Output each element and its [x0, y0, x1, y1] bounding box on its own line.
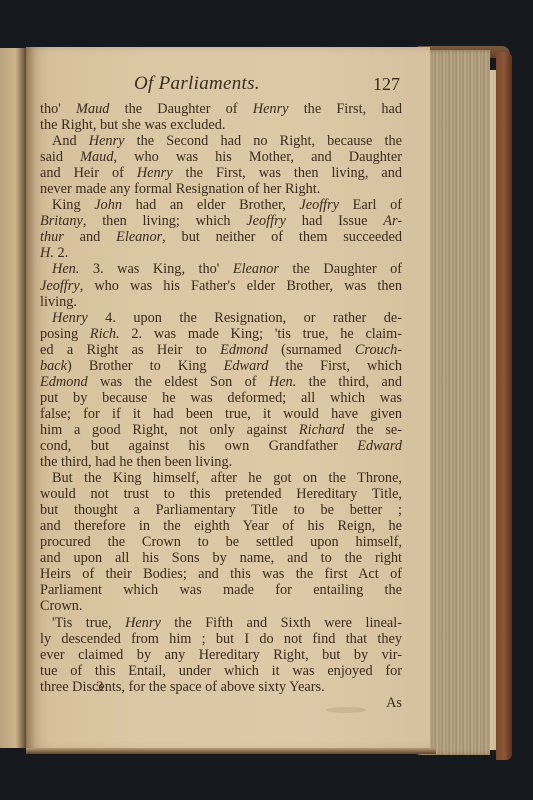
text-line: Hen. 3. was King, tho' Eleanor the Daugh… [40, 261, 402, 277]
text-run: tho' [40, 101, 76, 117]
text-line: but thought a Parliamentary Title to be … [40, 502, 402, 518]
text-run: Heirs of their Bodies; and this was the … [40, 566, 402, 582]
text-run: the First, which [268, 358, 402, 374]
text-run: Earl of [339, 197, 402, 213]
catchword: As [40, 695, 402, 711]
text-line: cond, but against his own Grandfather Ed… [40, 438, 402, 454]
italic-name: Edmond [40, 374, 88, 390]
facing-page-edge [0, 48, 28, 748]
italic-name: Henry [52, 310, 88, 326]
text-run: 2. was made King; 'tis true, he claim- [120, 326, 402, 342]
text-run: posing [40, 326, 90, 342]
running-title: Of Parliaments. [134, 73, 260, 95]
text-run: 'Tis true, [52, 615, 125, 631]
text-run: the Daughter of [109, 101, 252, 117]
text-line: Heirs of their Bodies; and this was the … [40, 566, 402, 582]
signature-mark: 3 [96, 679, 104, 696]
page-bottom-edge [26, 748, 436, 754]
italic-name: Henry [137, 165, 173, 181]
italic-name: Ar- [383, 213, 402, 229]
text-line: Parliament which was made for entailing … [40, 582, 402, 598]
text-run: the First, had [289, 101, 403, 117]
text-line: ly descended from him ; but I do not fin… [40, 631, 402, 647]
italic-name: Jeoffry [246, 213, 286, 229]
italic-name: Jeoffry [40, 278, 80, 294]
paragraph-king-john: King John had an elder Brother, Jeoffry … [40, 197, 402, 261]
italic-name: H. [40, 245, 54, 261]
italic-name: Henry [125, 615, 161, 631]
text-run: the third, had he then been living. [40, 454, 232, 470]
text-line: three Discents, for the space of above s… [40, 679, 402, 695]
text-run: and [64, 229, 116, 245]
text-line: tue of this Entail, under which it was e… [40, 663, 402, 679]
text-run: the Right, but she was excluded. [40, 117, 225, 133]
text-line: and therefore in the eighth Year of his … [40, 518, 402, 534]
paragraph-maud: tho' Maud the Daughter of Henry the Firs… [40, 101, 402, 133]
text-run: ever claimed by any Hereditary Right, bu… [40, 647, 402, 663]
text-run: 4. upon the Resignation, or rather de- [88, 310, 402, 326]
italic-name: Henry [89, 133, 125, 149]
paragraph-parliamentary-title: But the King himself, after he got on th… [40, 470, 402, 614]
text-run: the First, was then living, and [173, 165, 402, 181]
text-line: posing Rich. 2. was made King; 'tis true… [40, 326, 402, 342]
text-line: living. [40, 294, 402, 310]
italic-name: Britany [40, 213, 83, 229]
text-line: would not trust to this pretended Heredi… [40, 486, 402, 502]
text-line: back) Brother to King Edward the First, … [40, 358, 402, 374]
text-run: tue of this Entail, under which it was e… [40, 663, 402, 679]
italic-name: Hen. [269, 374, 296, 390]
text-run: Crown. [40, 598, 83, 614]
italic-name: Edmond [220, 342, 268, 358]
text-run: and upon all his Sons by name, and to th… [40, 550, 402, 566]
text-run: , then living; which [83, 213, 246, 229]
text-run: ly descended from him ; but I do not fin… [40, 631, 402, 647]
text-line: Crown. [40, 598, 402, 614]
text-run: But the King himself, after he got on th… [52, 470, 402, 486]
text-line: H. 2. [40, 245, 402, 261]
text-run: false; for if it had been true, it would… [40, 406, 402, 422]
text-run: 3. was King, tho' [79, 261, 232, 277]
text-line: Edmond was the eldest Son of Hen. the th… [40, 374, 402, 390]
text-run: him a good Right, not only against [40, 422, 299, 438]
text-line: ed a Right as Heir to Edmond (surnamed C… [40, 342, 402, 358]
text-line: false; for if it had been true, it would… [40, 406, 402, 422]
text-line: Henry 4. upon the Resignation, or rather… [40, 310, 402, 326]
text-run: , who was his Father's elder Brother, wa… [80, 278, 402, 294]
text-line: Britany, then living; which Jeoffry had … [40, 213, 402, 229]
paragraph-henry-fifth-sixth: 'Tis true, Henry the Fifth and Sixth wer… [40, 615, 402, 695]
italic-name: Maud [80, 149, 113, 165]
text-run: 2. [54, 245, 68, 261]
text-line: ever claimed by any Hereditary Right, bu… [40, 647, 402, 663]
text-run: three Discents, for the space of above s… [40, 679, 325, 695]
italic-name: Edward [357, 438, 402, 454]
text-line: 'Tis true, Henry the Fifth and Sixth wer… [40, 615, 402, 631]
italic-name: Edward [224, 358, 269, 374]
text-run: procured the Crown to be settled upon hi… [40, 534, 402, 550]
text-run: the third, and [296, 374, 402, 390]
paragraph-henry-second: And Henry the Second had no Right, becau… [40, 133, 402, 197]
italic-name: Henry [253, 101, 289, 117]
paragraph-henry-third: Hen. 3. was King, tho' Eleanor the Daugh… [40, 261, 402, 309]
body-text: tho' Maud the Daughter of Henry the Firs… [40, 101, 402, 711]
text-run: and Heir of [40, 165, 137, 181]
italic-name: John [94, 197, 122, 213]
paragraph-henry-fourth: Henry 4. upon the Resignation, or rather… [40, 310, 402, 470]
text-run: , who was his Mother, and Daughter [113, 149, 402, 165]
running-head: Of Parliaments. 127 [60, 73, 400, 97]
text-line: tho' Maud the Daughter of Henry the Firs… [40, 101, 402, 117]
text-run: And [52, 133, 89, 149]
text-run: the se- [344, 422, 402, 438]
text-run: put by because he was deformed; all whic… [40, 390, 402, 406]
text-run: had Issue [286, 213, 383, 229]
text-run: (surnamed [268, 342, 355, 358]
text-run: King [52, 197, 94, 213]
text-line: him a good Right, not only against Richa… [40, 422, 402, 438]
italic-name: Maud [76, 101, 109, 117]
text-line: King John had an elder Brother, Jeoffry … [40, 197, 402, 213]
italic-name: Jeoffry [299, 197, 339, 213]
text-run: would not trust to this pretended Heredi… [40, 486, 402, 502]
text-line: and Heir of Henry the First, was then li… [40, 165, 402, 181]
text-line: But the King himself, after he got on th… [40, 470, 402, 486]
text-run: was the eldest Son of [88, 374, 269, 390]
text-run: and therefore in the eighth Year of his … [40, 518, 402, 534]
text-line: the Right, but she was excluded. [40, 117, 402, 133]
italic-name: back [40, 358, 67, 374]
text-run: but thought a Parliamentary Title to be … [40, 502, 402, 518]
text-line: put by because he was deformed; all whic… [40, 390, 402, 406]
text-run: never made any formal Resignation of her… [40, 181, 320, 197]
text-line: thur and Eleanor, but neither of them su… [40, 229, 402, 245]
page-number: 127 [373, 74, 400, 95]
book-scan: Of Parliaments. 127 tho' Maud the Daught… [0, 0, 533, 800]
text-run: the Fifth and Sixth were lineal- [161, 615, 402, 631]
text-run: cond, but against his own Grandfather [40, 438, 357, 454]
text-line: never made any formal Resignation of her… [40, 181, 402, 197]
text-line: and upon all his Sons by name, and to th… [40, 550, 402, 566]
text-run: had an elder Brother, [122, 197, 299, 213]
italic-name: Eleanor [116, 229, 162, 245]
text-run: Parliament which was made for entailing … [40, 582, 402, 598]
text-run: ed a Right as Heir to [40, 342, 220, 358]
text-run: the Second had no Right, because the [125, 133, 403, 149]
leather-cover-edge [496, 52, 512, 760]
italic-name: thur [40, 229, 64, 245]
text-line: said Maud, who was his Mother, and Daugh… [40, 149, 402, 165]
text-run: said [40, 149, 80, 165]
text-run: , but neither of them succeeded [162, 229, 402, 245]
italic-name: Hen. [52, 261, 79, 277]
text-line: Jeoffry, who was his Father's elder Brot… [40, 278, 402, 294]
text-line: the third, had he then been living. [40, 454, 402, 470]
text-run: the Daughter of [279, 261, 402, 277]
italic-name: Richard [299, 422, 345, 438]
text-line: And Henry the Second had no Right, becau… [40, 133, 402, 149]
italic-name: Rich. [90, 326, 120, 342]
italic-name: Crouch- [355, 342, 402, 358]
text-line: procured the Crown to be settled upon hi… [40, 534, 402, 550]
text-run: ) Brother to King [67, 358, 224, 374]
italic-name: Eleanor [233, 261, 279, 277]
text-run: living. [40, 294, 77, 310]
